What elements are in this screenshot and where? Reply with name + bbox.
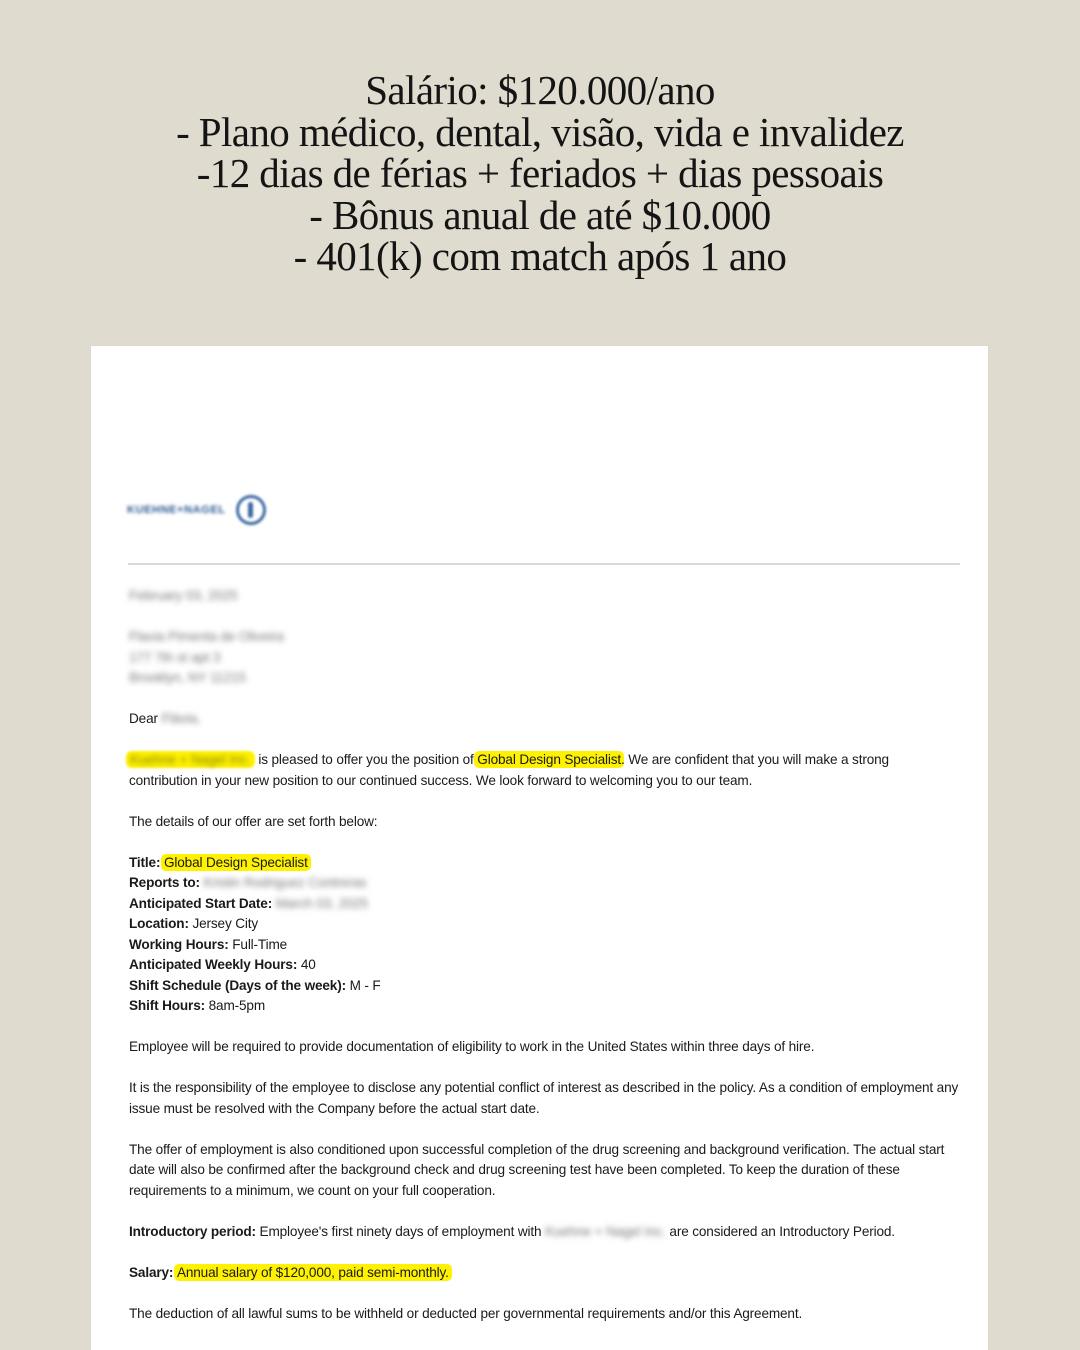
- deductions-paragraph: The deduction of all lawful sums to be w…: [129, 1304, 959, 1325]
- header-divider: [128, 563, 960, 565]
- details-intro: The details of our offer are set forth b…: [129, 812, 959, 833]
- screening-paragraph: The offer of employment is also conditio…: [129, 1140, 959, 1202]
- detail-label: Shift Hours:: [129, 998, 205, 1013]
- detail-row-title: Title: Global Design Specialist: [129, 853, 959, 874]
- redacted-company-name: Kuehne + Nagel Inc.: [545, 1222, 666, 1243]
- redacted-company-name: Kuehne + Nagel Inc.: [130, 750, 251, 771]
- highlighted-company-name: Kuehne + Nagel Inc.: [126, 751, 255, 768]
- detail-label: Anticipated Weekly Hours:: [129, 957, 297, 972]
- redacted-city: Brooklyn, NY 11215: [129, 668, 246, 689]
- redacted-detail-value: March 03, 2025: [276, 894, 368, 915]
- detail-value: Jersey City: [192, 916, 258, 931]
- detail-value: 40: [301, 957, 316, 972]
- highlighted-position: Global Design Specialist: [474, 751, 624, 768]
- detail-row-shift-hours: Shift Hours: 8am-5pm: [129, 996, 959, 1017]
- detail-row-location: Location: Jersey City: [129, 914, 959, 935]
- offer-details-list: Title: Global Design Specialist Reports …: [129, 853, 959, 1017]
- detail-label: Title:: [129, 855, 160, 870]
- detail-label: Location:: [129, 916, 189, 931]
- letter-date: February 03, 2025: [129, 586, 959, 607]
- headline-line-health-plan: - Plano médico, dental, visão, vida e in…: [0, 112, 1080, 154]
- highlighted-salary-value: Annual salary of $120,000, paid semi-mon…: [174, 1264, 452, 1281]
- anchor-emblem-icon: [236, 495, 266, 525]
- introductory-text-after: are considered an Introductory Period.: [666, 1224, 895, 1239]
- detail-label: Shift Schedule (Days of the week):: [129, 978, 346, 993]
- detail-label: Working Hours:: [129, 937, 229, 952]
- detail-label: Anticipated Start Date:: [129, 896, 272, 911]
- headline-line-401k: - 401(k) com match após 1 ano: [0, 236, 1080, 278]
- company-logo: KUEHNE+NAGEL: [127, 492, 266, 528]
- headline-line-bonus: - Bônus anual de até $10.000: [0, 195, 1080, 237]
- headline-benefits-summary: Salário: $120.000/ano - Plano médico, de…: [0, 70, 1080, 278]
- redacted-recipient-name: Flavia Pimenta de Oliveira: [129, 627, 284, 648]
- detail-row-shift-schedule: Shift Schedule (Days of the week): M - F: [129, 976, 959, 997]
- detail-value: 8am-5pm: [209, 998, 265, 1013]
- detail-row-reports-to: Reports to: Kristin Rodriguez Contreras: [129, 873, 959, 894]
- detail-value: M - F: [350, 978, 381, 993]
- introductory-text-before: Employee's first ninety days of employme…: [256, 1224, 545, 1239]
- greeting-prefix: Dear: [129, 711, 158, 726]
- detail-row-weekly-hours: Anticipated Weekly Hours: 40: [129, 955, 959, 976]
- redacted-date: February 03, 2025: [129, 586, 238, 607]
- logo-wordmark: KUEHNE+NAGEL: [127, 504, 226, 516]
- detail-value: Full-Time: [232, 937, 287, 952]
- detail-label: Reports to:: [129, 875, 200, 890]
- detail-row-working-hours: Working Hours: Full-Time: [129, 935, 959, 956]
- intro-text-before: is pleased to offer you the position of: [255, 752, 478, 767]
- conflict-paragraph: It is the responsibility of the employee…: [129, 1078, 959, 1119]
- intro-paragraph: Kuehne + Nagel Inc. is pleased to offer …: [129, 750, 959, 791]
- offer-letter-document: KUEHNE+NAGEL February 03, 2025 Flavia Pi…: [91, 346, 988, 1350]
- introductory-period-paragraph: Introductory period: Employee's first ni…: [129, 1222, 959, 1243]
- salary-line: Salary: Annual salary of $120,000, paid …: [129, 1263, 959, 1284]
- redacted-street: 177 7th st apt 3: [129, 648, 220, 669]
- headline-line-salary: Salário: $120.000/ano: [0, 70, 1080, 112]
- redacted-greeting-name: Flávia,: [162, 709, 201, 730]
- greeting: Dear Flávia,: [129, 709, 959, 730]
- headline-line-vacation: -12 dias de férias + feriados + dias pes…: [0, 153, 1080, 195]
- recipient-address: Flavia Pimenta de Oliveira 177 7th st ap…: [129, 627, 959, 689]
- eligibility-paragraph: Employee will be required to provide doc…: [129, 1037, 959, 1058]
- highlighted-detail-value: Global Design Specialist: [161, 854, 311, 871]
- letter-body: February 03, 2025 Flavia Pimenta de Oliv…: [129, 586, 959, 1324]
- detail-row-start-date: Anticipated Start Date: March 03, 2025: [129, 894, 959, 915]
- redacted-detail-value: Kristin Rodriguez Contreras: [204, 873, 367, 894]
- salary-label: Salary:: [129, 1265, 173, 1280]
- introductory-label: Introductory period:: [129, 1224, 256, 1239]
